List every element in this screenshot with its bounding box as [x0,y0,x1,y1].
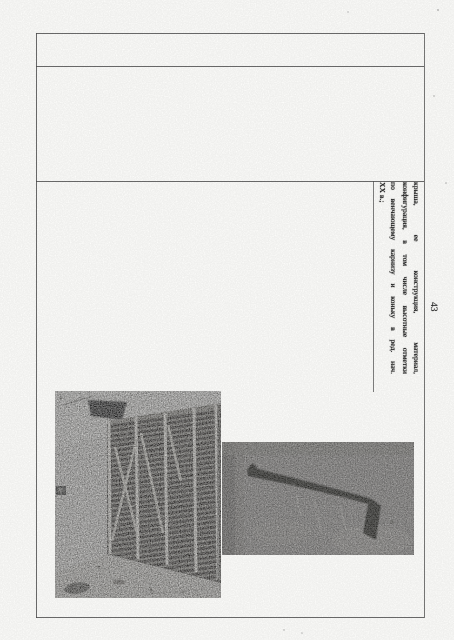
table-border-top [36,33,424,34]
page-number-rotated: 43 [430,302,444,326]
table-border-left [36,33,37,618]
photo-beam-fragment [222,442,414,555]
scan-speck [347,11,349,13]
scan-speck [445,182,447,184]
description-text-rotated: крыша, ее конструкция, материал, конфигу… [377,182,422,374]
description-line-2: конфигурация, в том числе высотные отмет… [399,182,410,374]
description-text-cell: крыша, ее конструкция, материал, конфигу… [377,182,422,374]
page-number: 43 [430,302,444,326]
table-divider-2 [36,181,424,182]
description-line-4: ХХ в.; [377,182,388,374]
page-number-value: 43 [428,302,438,312]
description-line-3: по венчающему карнизу и коньку в ред. на… [388,182,399,374]
scanned-document-page: крыша, ее конструкция, материал, конфигу… [0,0,454,640]
scan-speck [301,632,303,634]
scan-speck [433,95,435,97]
table-divider-1 [36,66,424,67]
photo-interior-lath-panels [55,391,221,598]
table-border-right [424,33,425,618]
scan-speck [437,9,439,11]
table-border-bottom [36,617,424,618]
table-cell-divider [373,181,374,392]
description-line-1: крыша, ее конструкция, материал, [411,182,422,374]
scan-speck [283,629,285,631]
